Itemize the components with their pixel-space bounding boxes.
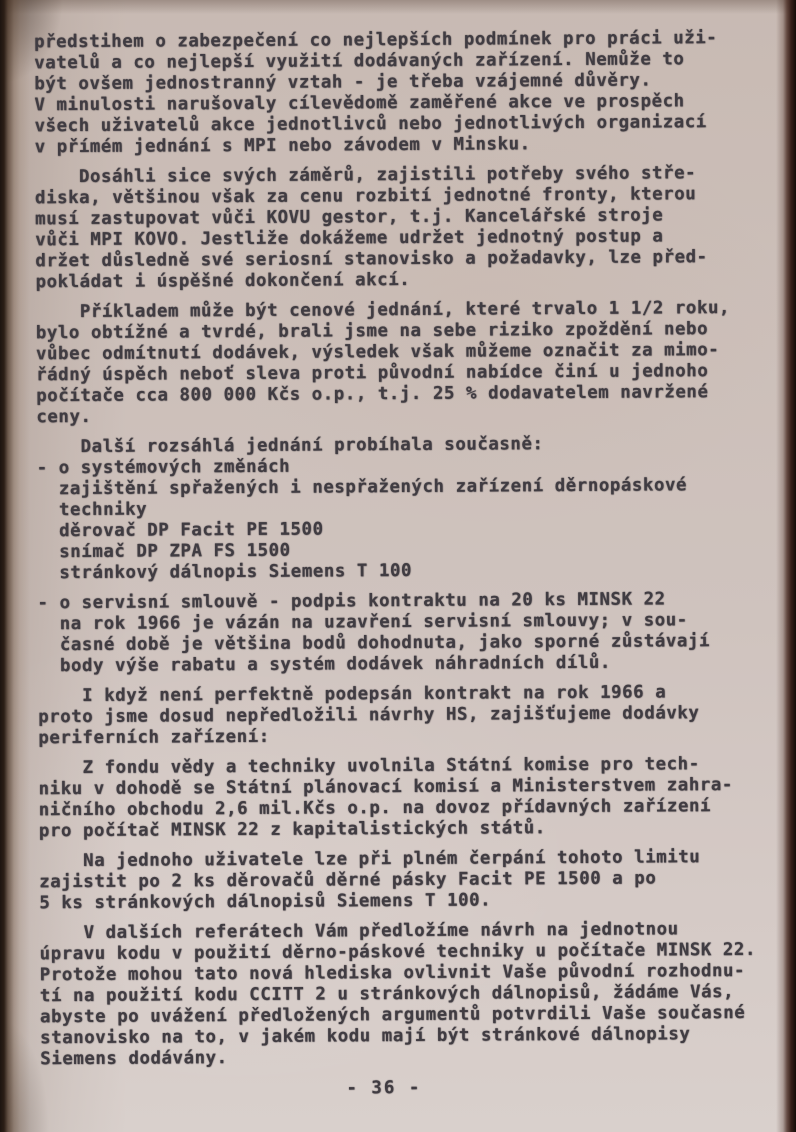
paragraph-fond-vedy: Z fondu vědy a techniky uvolnila Státní … [38, 754, 778, 843]
paragraph-dalsi-referaty: V dalších referátech Vám předložíme návr… [39, 919, 780, 1071]
page-left-binding-shadow [0, 0, 30, 1132]
scanned-document-page: předstihem o zabezpečení co nejlepších p… [0, 0, 796, 1132]
paragraph-limit-uzivatele: Na jednoho uživatele lze při plném čerpá… [39, 847, 779, 915]
page-top-shadow [0, 0, 796, 14]
page-number: - 36 - [40, 1076, 780, 1102]
paragraph-dosahli: Dosáhli sice svých záměrů, zajistili pot… [35, 163, 776, 294]
paragraph-prikladem: Příkladem může být cenové jednání, které… [36, 298, 777, 429]
paragraph-dalsi-jednani-list: Další rozsáhlá jednání probíhala současn… [36, 433, 777, 585]
page-text: předstihem o zabezpečení co nejlepších p… [34, 28, 781, 1102]
paragraph-kontrakt-1966: I když není perfektně podepsán kontrakt … [38, 682, 778, 750]
paragraph-continuation: předstihem o zabezpečení co nejlepších p… [34, 28, 775, 159]
paragraph-servisni-smlouva: - o servisní smlouvě - podpis kontraktu … [37, 589, 777, 678]
